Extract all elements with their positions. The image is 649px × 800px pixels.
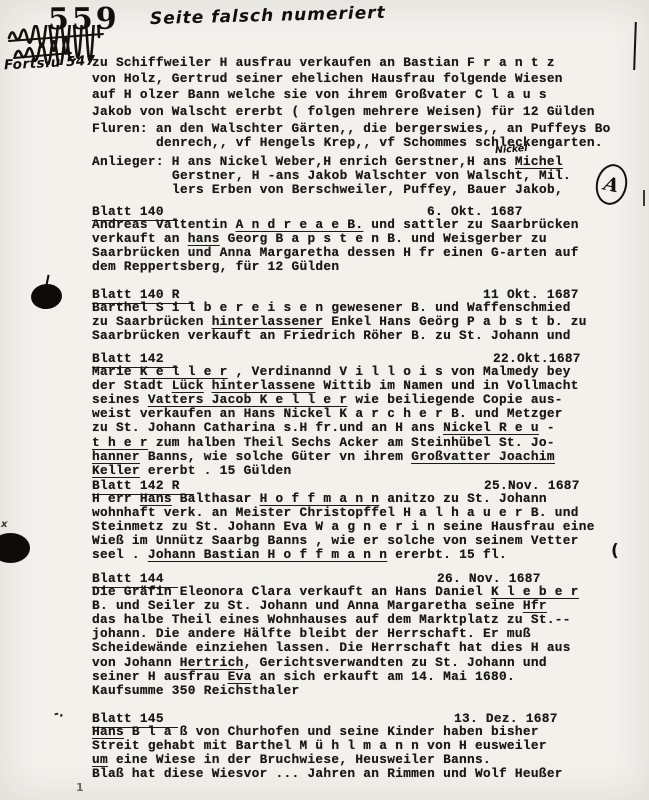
record-block: Blatt 14513. Dez. 1687Hans B l a ß von C…	[92, 711, 645, 781]
text-segment: , Gerichtsverwandten zu St. Johann und	[244, 655, 547, 670]
text-segment: Jakob von Walscht ererbt ( folgen mehrer…	[92, 104, 595, 119]
text-segment: eine Wiese in der Bruchwiese, Heusweiler…	[108, 752, 491, 767]
record-date: 26. Nov. 1687	[437, 571, 541, 586]
text-segment: wohnhaft verk. an Meister Christopffel H…	[92, 505, 579, 520]
text-segment: Georg B a p s t e n B. und Weisgerber zu	[220, 231, 547, 246]
text-segment: Blaß hat diese Wiesvor ... Jahren an Rim…	[92, 766, 563, 781]
record-block: Anlieger: H ans Nickel Weber,H enrich Ge…	[92, 155, 645, 197]
text-segment: H o f f m a n n	[260, 491, 380, 506]
text-line: Gerstner, H -ans Jakob Walschter von Wal…	[92, 169, 645, 183]
record-block: Blatt 140 R11 Okt. 1687Barthel S i l b e…	[92, 287, 645, 343]
blatt-label: Blatt 140 R	[92, 287, 194, 304]
text-segment: , Verdinannd V i l l o i s von Malmedy b…	[228, 364, 571, 379]
record-heading: Blatt 14426. Nov. 1687	[92, 571, 645, 585]
text-segment: und sattler zu Saarbrücken	[363, 217, 578, 232]
text-segment: anitzo zu St. Johann	[379, 491, 547, 506]
text-segment: Streit gehabt mit Barthel M ü h l m a n …	[92, 738, 547, 753]
text-line: Streit gehabt mit Barthel M ü h l m a n …	[92, 739, 645, 753]
record-block: Blatt 14222.Okt.1687Marie K e l l e r , …	[92, 351, 645, 478]
text-segment: Banns, wie solche Güter vn ihrem	[140, 449, 411, 464]
text-segment: K l e b e r	[491, 584, 579, 599]
text-line: von Holz, Gertrud seiner ehelichen Hausf…	[92, 71, 645, 87]
text-line: das halbe Theil eines Wohnhauses auf dem…	[92, 613, 645, 627]
text-line: zu Schiffweiler H ausfrau verkaufen an B…	[92, 55, 645, 71]
text-segment: B. und Seiler zu St. Johann und Anna Mar…	[92, 598, 523, 613]
text-segment: Scheidewände einziehen lassen. Die Herrs…	[92, 640, 571, 655]
text-segment: Enkel Hans Geörg P a b s t b. zu	[323, 314, 586, 329]
text-segment: hinterlassene	[212, 378, 316, 393]
text-segment: Fluren: an den Walschter Gärten,, die be…	[92, 121, 611, 136]
text-segment: ererbt . 15 Gülden	[140, 463, 292, 478]
text-segment: weist verkaufen an Hans Nickel K a r c h…	[92, 406, 563, 421]
text-segment: Eva	[228, 669, 252, 684]
record-block: zu Schiffweiler H ausfrau verkaufen an B…	[92, 55, 645, 120]
record-date: 25.Nov. 1687	[484, 478, 580, 493]
text-segment: um	[92, 752, 108, 767]
record-date: 22.Okt.1687	[493, 351, 581, 366]
text-segment: Hfr	[523, 598, 547, 613]
text-segment: t h e r	[92, 435, 148, 450]
text-segment: von Holz, Gertrud seiner ehelichen Hausf…	[92, 71, 563, 86]
text-segment: B l a ß von Churhofen und seine Kinder h…	[124, 724, 539, 739]
text-segment: Hertrich	[180, 655, 244, 670]
text-segment: zu Schiffweiler H ausfrau verkaufen an B…	[92, 55, 555, 70]
text-line: denrech,, vf Hengels Krep,, vf Schommes …	[92, 136, 645, 150]
text-line: weist verkaufen an Hans Nickel K a r c h…	[92, 407, 645, 421]
text-segment: Lück	[172, 378, 204, 393]
text-line: verkauft an hans Georg B a p s t e n B. …	[92, 232, 645, 246]
text-segment: an sich erkauft am 14. Mai 1680.	[252, 669, 515, 684]
blatt-label: Blatt 145	[92, 711, 178, 728]
text-segment: seiner H ausfrau	[92, 669, 228, 684]
text-segment: hanner	[92, 449, 140, 464]
text-segment: ererbt. 15 fl.	[387, 547, 507, 562]
record-heading: Blatt 140 R11 Okt. 1687	[92, 287, 645, 301]
record-heading: Blatt 1406. Okt. 1687	[92, 204, 645, 218]
text-line: dem Reppertsberg, für 12 Gülden	[92, 260, 645, 274]
text-line: Kaufsumme 350 Reichsthaler	[92, 684, 645, 698]
text-line: Steinmetz zu St. Johann Eva W a g n e r …	[92, 520, 645, 534]
record-heading: Blatt 142 R25.Nov. 1687	[92, 478, 645, 492]
text-segment: Anlieger: H ans Nickel Weber,H enrich Ge…	[92, 154, 515, 169]
record-block: Blatt 14426. Nov. 1687Die Gräfin Eleonor…	[92, 571, 645, 698]
text-segment: seel .	[92, 547, 148, 562]
text-segment: Saarbrücken verkauft an Friedrich Röher …	[92, 328, 571, 343]
record-heading: Blatt 14222.Okt.1687	[92, 351, 645, 365]
text-segment: Wieß im Unnütz Saarbg Banns , wie er sol…	[92, 533, 579, 548]
text-segment: zum halben Theil Sechs Acker am Steinhüb…	[148, 435, 555, 450]
text-line: johann. Die andere Hälfte bleibt der Her…	[92, 627, 645, 641]
text-segment: dem Reppertsberg, für 12 Gülden	[92, 259, 339, 274]
text-line: lers Erben von Berschweiler, Puffey, Bau…	[92, 183, 645, 197]
record-heading: Blatt 14513. Dez. 1687	[92, 711, 645, 725]
text-line: zu Saarbrücken hinterlassener Enkel Hans…	[92, 315, 645, 329]
text-segment: wie beiliegende Copie aus-	[347, 392, 562, 407]
records: zu Schiffweiler H ausfrau verkaufen an B…	[0, 0, 649, 800]
text-segment: Wittib im Namen und in Vollmacht	[315, 378, 578, 393]
text-line: B. und Seiler zu St. Johann und Anna Mar…	[92, 599, 645, 613]
text-line: um eine Wiese in der Bruchwiese, Heuswei…	[92, 753, 645, 767]
text-segment: Steinmetz zu St. Johann Eva W a g n e r …	[92, 519, 595, 534]
text-segment: Kaufsumme 350 Reichsthaler	[92, 683, 299, 698]
text-line: Keller ererbt . 15 Gülden	[92, 464, 645, 478]
text-segment: Michel	[515, 154, 563, 169]
text-segment: johann. Die andere Hälfte bleibt der Her…	[92, 626, 531, 641]
text-segment: Keller	[92, 463, 140, 478]
record-block: Blatt 142 R25.Nov. 1687H err Hans Baltha…	[92, 478, 645, 563]
text-segment: Gerstner, H -ans Jakob Walschter von Wal…	[172, 168, 571, 183]
text-line: Jakob von Walscht ererbt ( folgen mehrer…	[92, 104, 645, 120]
text-segment: A n d r e a e B.	[236, 217, 364, 232]
blatt-label: Blatt 142 R	[92, 478, 194, 495]
text-segment: Johann Bastian H o f f m a n n	[148, 547, 387, 562]
text-segment: Großvatter Joachim	[411, 449, 555, 464]
record-block: Fluren: an den Walschter Gärten,, die be…	[92, 122, 645, 150]
blatt-label: Blatt 142	[92, 351, 178, 368]
text-segment: auf H olzer Bann welche sie von ihrem Gr…	[92, 87, 547, 102]
text-line: wohnhaft verk. an Meister Christopffel H…	[92, 506, 645, 520]
text-segment: hans	[188, 231, 220, 246]
text-segment: der Stadt	[92, 378, 172, 393]
record-date: 11 Okt. 1687	[483, 287, 579, 302]
text-line: von Johann Hertrich, Gerichtsverwandten …	[92, 656, 645, 670]
text-line: Blaß hat diese Wiesvor ... Jahren an Rim…	[92, 767, 645, 781]
record-date: 6. Okt. 1687	[427, 204, 523, 219]
blatt-label: Blatt 144	[92, 571, 178, 588]
text-line: Scheidewände einziehen lassen. Die Herrs…	[92, 641, 645, 655]
text-line: auf H olzer Bann welche sie von ihrem Gr…	[92, 87, 645, 103]
text-segment: Vatters Jacob K e l l e r	[148, 392, 347, 407]
text-line: seines Vatters Jacob K e l l e r wie bei…	[92, 393, 645, 407]
record-date: 13. Dez. 1687	[454, 711, 558, 726]
text-line: seel . Johann Bastian H o f f m a n n er…	[92, 548, 645, 562]
text-segment: hinterlassener	[212, 314, 324, 329]
text-segment: von Johann	[92, 655, 180, 670]
text-line: Wieß im Unnütz Saarbg Banns , wie er sol…	[92, 534, 645, 548]
text-line: Anlieger: H ans Nickel Weber,H enrich Ge…	[92, 155, 645, 169]
text-segment: lers Erben von Berschweiler, Puffey, Bau…	[172, 182, 563, 197]
text-segment: verkauft an	[92, 231, 188, 246]
blatt-label: Blatt 140	[92, 204, 178, 221]
record-block: Blatt 1406. Okt. 1687Andreas Valtentin A…	[92, 204, 645, 274]
text-line: zu St. Johann Catharina s.H fr.und an H …	[92, 421, 645, 435]
document-page: 559 Seite falsch numeriert Forts.u 547 N…	[0, 0, 649, 800]
text-segment: Saarbrücken und Anna Margaretha dessen H…	[92, 245, 579, 260]
text-segment: denrech,, vf Hengels Krep,, vf Schommes …	[156, 135, 603, 150]
text-segment: seines	[92, 392, 148, 407]
text-line: t h e r zum halben Theil Sechs Acker am …	[92, 436, 645, 450]
text-line: Saarbrücken verkauft an Friedrich Röher …	[92, 329, 645, 343]
text-segment: Nickel R e u	[443, 420, 539, 435]
text-segment	[204, 378, 212, 393]
text-segment: -	[539, 420, 555, 435]
text-line: seiner H ausfrau Eva an sich erkauft am …	[92, 670, 645, 684]
text-line: Saarbrücken und Anna Margaretha dessen H…	[92, 246, 645, 260]
text-line: der Stadt Lück hinterlassene Wittib im N…	[92, 379, 645, 393]
text-line: Fluren: an den Walschter Gärten,, die be…	[92, 122, 645, 136]
text-segment: zu St. Johann Catharina s.H fr.und an H …	[92, 420, 443, 435]
text-line: hanner Banns, wie solche Güter vn ihrem …	[92, 450, 645, 464]
text-segment: das halbe Theil eines Wohnhauses auf dem…	[92, 612, 571, 627]
text-segment: zu Saarbrücken	[92, 314, 212, 329]
